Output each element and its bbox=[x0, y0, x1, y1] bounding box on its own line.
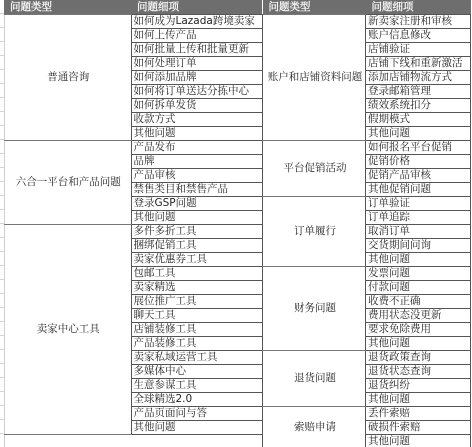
table-row: 六合一平台和产品问题产品发布 bbox=[4, 141, 262, 155]
header-row: 问题类型 问题细项 bbox=[4, 0, 262, 15]
table-row: 平台促销活动如何报名平台促销 bbox=[263, 141, 471, 155]
issue-detail-cell: 全球精选2.0 bbox=[131, 393, 262, 407]
issue-type-cell: 六合一平台和产品问题 bbox=[4, 141, 131, 225]
issue-detail-cell: 交货期间问询 bbox=[366, 239, 471, 253]
issue-detail-cell: 收费不正确 bbox=[366, 295, 471, 309]
issue-detail-cell: 其他问题 bbox=[131, 421, 262, 435]
issue-detail-cell: 包邮工具 bbox=[131, 267, 262, 281]
issue-type-cell: 账户和店铺资料问题 bbox=[263, 15, 366, 141]
issue-detail-cell: 其他问题 bbox=[131, 211, 262, 225]
header-type: 问题类型 bbox=[4, 0, 131, 15]
issue-detail-cell: 卖家私域运营工具 bbox=[131, 351, 262, 365]
issue-detail-cell: 其他问题 bbox=[366, 253, 471, 267]
issue-detail-cell: 如何处理订单 bbox=[131, 57, 262, 71]
issue-detail-cell: 破损件索赔 bbox=[366, 421, 471, 435]
issue-detail-cell: 多件多折工具 bbox=[131, 225, 262, 239]
left-table-body: 普通咨询如何成为Lazada跨境卖家如何上传产品如何批量上传和批量更新如何处理订… bbox=[4, 15, 262, 435]
issue-type-cell: 索赔申请 bbox=[263, 407, 366, 447]
table-row: 财务问题发票问题 bbox=[263, 267, 471, 281]
issue-detail-cell: 如何批量上传和批量更新 bbox=[131, 43, 262, 57]
issue-detail-cell: 店铺验证 bbox=[366, 43, 471, 57]
issue-detail-cell: 卖家优惠券工具 bbox=[131, 253, 262, 267]
issue-type-cell: 卖家中心工具 bbox=[4, 225, 131, 435]
issue-detail-cell: 产品页面问与答 bbox=[131, 407, 262, 421]
table-row: 普通咨询如何成为Lazada跨境卖家 bbox=[4, 15, 262, 29]
table-row: 退货问题退货政策查询 bbox=[263, 351, 471, 365]
issue-type-cell: 退货问题 bbox=[263, 351, 366, 407]
issue-detail-cell: 其他问题 bbox=[366, 435, 471, 447]
issue-type-cell: 平台促销活动 bbox=[263, 141, 366, 197]
issue-detail-cell: 产品审核 bbox=[131, 169, 262, 183]
issue-detail-cell: 发票问题 bbox=[366, 267, 471, 281]
table-row: 索赔申请丢件索赔 bbox=[263, 407, 471, 421]
issue-detail-cell: 收款方式 bbox=[131, 113, 262, 127]
header-detail: 问题细项 bbox=[131, 0, 262, 15]
issue-detail-cell: 卖家精选 bbox=[131, 281, 262, 295]
issue-detail-cell: 取消订单 bbox=[366, 225, 471, 239]
issue-detail-cell: 如何拆单发货 bbox=[131, 99, 262, 113]
table-row: 账户和店铺资料问题新卖家注册和审核 bbox=[263, 15, 471, 29]
issue-detail-cell: 店铺装修工具 bbox=[131, 323, 262, 337]
issue-detail-cell: 退货政策查询 bbox=[366, 351, 471, 365]
issue-detail-cell: 丢件索赔 bbox=[366, 407, 471, 421]
issue-detail-cell: 捆绑促销工具 bbox=[131, 239, 262, 253]
issue-detail-cell: 多媒体中心 bbox=[131, 365, 262, 379]
issue-detail-cell: 如何将订单送达分拣中心 bbox=[131, 85, 262, 99]
issue-detail-cell: 其他问题 bbox=[131, 127, 262, 141]
issue-detail-cell: 新卖家注册和审核 bbox=[366, 15, 471, 29]
table-row: 卖家中心工具多件多折工具 bbox=[4, 225, 262, 239]
table-row: 订单履行订单验证 bbox=[263, 197, 471, 211]
issue-detail-cell: 费用状态没更新 bbox=[366, 309, 471, 323]
issue-detail-cell: 添加店铺物流方式 bbox=[366, 71, 471, 85]
issue-detail-cell: 品牌 bbox=[131, 155, 262, 169]
left-issue-table: 问题类型 问题细项 普通咨询如何成为Lazada跨境卖家如何上传产品如何批量上传… bbox=[4, 0, 263, 435]
issue-detail-cell: 登录邮箱管理 bbox=[366, 85, 471, 99]
header-type: 问题类型 bbox=[263, 0, 366, 15]
issue-detail-cell: 如何添加品牌 bbox=[131, 71, 262, 85]
issue-detail-cell: 如何上传产品 bbox=[131, 29, 262, 43]
issue-detail-cell: 退货纠纷 bbox=[366, 379, 471, 393]
issue-detail-cell: 展位推广工具 bbox=[131, 295, 262, 309]
header-row: 问题类型 问题细项 bbox=[263, 0, 471, 15]
issue-detail-cell: 店铺下线和重新激活 bbox=[366, 57, 471, 71]
issue-detail-cell: 订单验证 bbox=[366, 197, 471, 211]
issue-detail-cell: 产品发布 bbox=[131, 141, 262, 155]
issue-detail-cell: 假期模式 bbox=[366, 113, 471, 127]
issue-detail-cell: 登录GSP问题 bbox=[131, 197, 262, 211]
issue-detail-cell: 绩效系统扣分 bbox=[366, 99, 471, 113]
issue-detail-cell: 付款问题 bbox=[366, 281, 471, 295]
issue-type-cell: 订单履行 bbox=[263, 197, 366, 267]
right-table-body: 账户和店铺资料问题新卖家注册和审核账户信息修改店铺验证店铺下线和重新激活添加店铺… bbox=[263, 15, 471, 447]
issue-type-cell: 普通咨询 bbox=[4, 15, 131, 141]
issue-detail-cell: 其他问题 bbox=[366, 127, 471, 141]
issue-detail-cell: 其他问题 bbox=[366, 393, 471, 407]
issue-detail-cell: 账户信息修改 bbox=[366, 29, 471, 43]
issue-detail-cell: 聊天工具 bbox=[131, 309, 262, 323]
issue-detail-cell: 其他促销问题 bbox=[366, 183, 471, 197]
issue-detail-cell: 订单追踪 bbox=[366, 211, 471, 225]
issue-detail-cell: 如何报名平台促销 bbox=[366, 141, 471, 155]
issue-detail-cell: 禁售类目和禁售产品 bbox=[131, 183, 262, 197]
issue-type-cell: 财务问题 bbox=[263, 267, 366, 351]
issue-detail-cell: 要求免除费用 bbox=[366, 323, 471, 337]
issue-detail-cell: 产品装修工具 bbox=[131, 337, 262, 351]
issue-detail-cell: 促销产品审核 bbox=[366, 169, 471, 183]
issue-detail-cell: 生意参谋工具 bbox=[131, 379, 262, 393]
issue-detail-cell: 促销价格 bbox=[366, 155, 471, 169]
issue-detail-cell: 其他问题 bbox=[366, 337, 471, 351]
issue-detail-cell: 退货状态查询 bbox=[366, 365, 471, 379]
issue-detail-cell: 如何成为Lazada跨境卖家 bbox=[131, 15, 262, 29]
right-issue-table: 问题类型 问题细项 账户和店铺资料问题新卖家注册和审核账户信息修改店铺验证店铺下… bbox=[262, 0, 471, 447]
header-detail: 问题细项 bbox=[366, 0, 471, 15]
